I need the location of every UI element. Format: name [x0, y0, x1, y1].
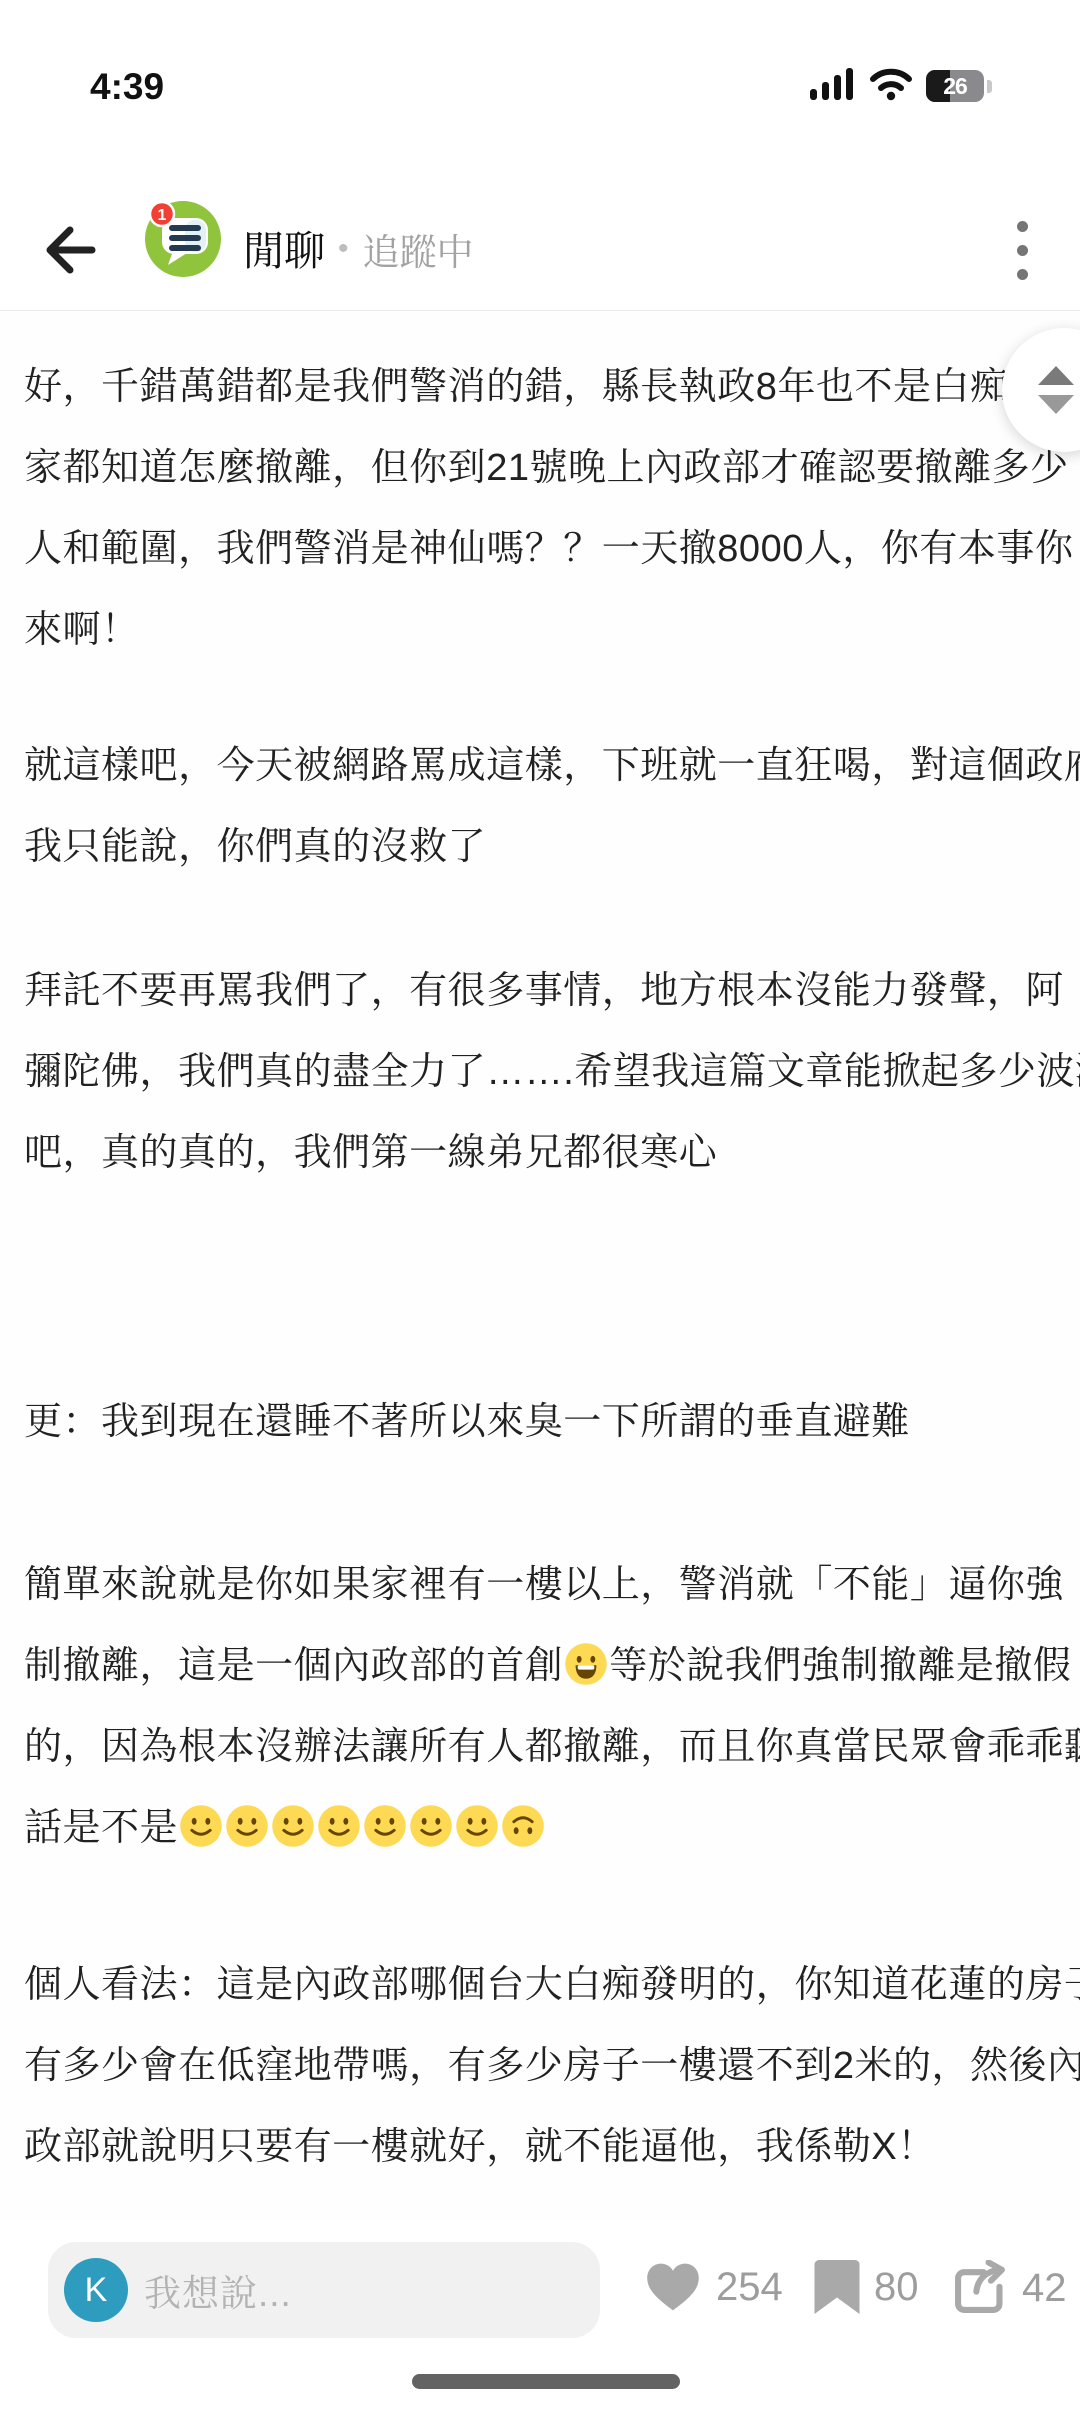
- battery-cap: [987, 80, 992, 93]
- post-paragraph: 簡單來說就是你如果家裡有一樓以上，警消就「不能」逼你強制撤離，這是一個內政部的首…: [24, 1545, 1060, 1869]
- post-line: 來啊！: [24, 590, 1060, 671]
- follow-status-label: 追蹤中: [363, 222, 474, 276]
- post-paragraph: 就這樣吧，今天被網路罵成這樣，下班就一直狂喝，對這個政府我只能說，你們真的沒救了: [24, 726, 1060, 888]
- more-options-button[interactable]: [1000, 214, 1044, 286]
- status-icons: 26: [810, 66, 992, 106]
- kebab-dot: [1017, 245, 1028, 256]
- like-button[interactable]: 254: [644, 2260, 783, 2314]
- badge-count: 1: [158, 207, 167, 224]
- bookmark-icon: [814, 2260, 860, 2314]
- battery-icon: 26: [926, 70, 984, 102]
- post-line: 政部就說明只要有一樓就好，就不能逼他，我係勒X！: [24, 2107, 1060, 2188]
- emoji-slight-smile-icon: [409, 1796, 453, 1840]
- bookmark-count: 80: [874, 2265, 919, 2310]
- post-line: 更：我到現在還睡不著所以來臭一下所謂的垂直避難: [24, 1382, 1060, 1463]
- battery-percent: 26: [926, 70, 984, 102]
- emoji-slight-smile-icon: [179, 1796, 223, 1840]
- post-paragraph: 更：我到現在還睡不著所以來臭一下所謂的垂直避難: [24, 1382, 1060, 1463]
- bookmark-button[interactable]: 80: [814, 2260, 919, 2314]
- status-time: 4:39: [90, 66, 164, 108]
- back-button[interactable]: [40, 222, 100, 278]
- post-line: 有多少會在低窪地帶嗎，有多少房子一樓還不到2米的，然後內: [24, 2026, 1060, 2107]
- share-button[interactable]: 42: [952, 2260, 1067, 2316]
- post-line: 拜託不要再罵我們了，有很多事情，地方根本沒能力發聲，阿: [24, 951, 1060, 1032]
- post-paragraph: 好，千錯萬錯都是我們警消的錯，縣長執政8年也不是白痴，大家都知道怎麼撤離，但你到…: [24, 347, 1060, 671]
- emoji-slight-smile-icon: [363, 1796, 407, 1840]
- post-line: 簡單來說就是你如果家裡有一樓以上，警消就「不能」逼你強: [24, 1545, 1060, 1626]
- scroll-down-icon[interactable]: [1038, 395, 1074, 414]
- post-body: 好，千錯萬錯都是我們警消的錯，縣長執政8年也不是白痴，大家都知道怎麼撤離，但你到…: [0, 311, 1080, 2188]
- home-indicator[interactable]: [412, 2374, 680, 2389]
- post-line: 吧，真的真的，我們第一線弟兄都很寒心: [24, 1113, 1060, 1194]
- signal-icon: [810, 67, 856, 106]
- share-icon: [952, 2260, 1008, 2316]
- post-line: 制撤離，這是一個內政部的首創等於說我們強制撤離是撤假: [24, 1626, 1060, 1707]
- emoji-upside-down-face-icon: [501, 1796, 545, 1840]
- post-line: 彌陀佛，我們真的盡全力了…….希望我這篇文章能掀起多少波瀾: [24, 1032, 1060, 1113]
- emoji-grinning-face-icon: [564, 1634, 608, 1678]
- post-line: 家都知道怎麼撤離，但你到21號晚上內政部才確認要撤離多少: [24, 428, 1060, 509]
- emoji-slight-smile-icon: [225, 1796, 269, 1840]
- post-line: 人和範圍，我們警消是神仙嗎？？一天撤8000人，你有本事你: [24, 509, 1060, 590]
- comment-input[interactable]: K 我想說...: [48, 2242, 600, 2338]
- post-header: 1 閒聊 • 追蹤中: [0, 186, 1080, 311]
- post-line: 就這樣吧，今天被網路罵成這樣，下班就一直狂喝，對這個政府: [24, 726, 1060, 807]
- emoji-slight-smile-icon: [455, 1796, 499, 1840]
- avatar: K: [64, 2258, 128, 2322]
- wifi-icon: [869, 67, 913, 106]
- heart-icon: [644, 2260, 702, 2314]
- follow-status[interactable]: • 追蹤中: [338, 222, 474, 276]
- scroll-up-icon[interactable]: [1038, 366, 1074, 385]
- separator-dot: •: [338, 232, 349, 266]
- share-count: 42: [1022, 2266, 1067, 2311]
- post-line: 話是不是: [24, 1788, 1060, 1869]
- post-line: 個人看法：這是內政部哪個台大白痴發明的，你知道花蓮的房子: [24, 1945, 1060, 2026]
- kebab-dot: [1017, 221, 1028, 232]
- post-paragraph: 個人看法：這是內政部哪個台大白痴發明的，你知道花蓮的房子有多少會在低窪地帶嗎，有…: [24, 1945, 1060, 2188]
- comment-placeholder: 我想說...: [144, 2242, 292, 2338]
- like-count: 254: [716, 2265, 783, 2310]
- kebab-dot: [1017, 269, 1028, 280]
- post-content-area[interactable]: 好，千錯萬錯都是我們警消的錯，縣長執政8年也不是白痴，大家都知道怎麼撤離，但你到…: [0, 311, 1080, 2230]
- emoji-slight-smile-icon: [317, 1796, 361, 1840]
- post-paragraph: 拜託不要再罵我們了，有很多事情，地方根本沒能力發聲，阿彌陀佛，我們真的盡全力了……: [24, 951, 1060, 1194]
- post-line: 我只能說，你們真的沒救了: [24, 807, 1060, 888]
- post-line: 的，因為根本沒辦法讓所有人都撤離，而且你真當民眾會乖乖聽: [24, 1707, 1060, 1788]
- board-chat-icon[interactable]: 1: [143, 199, 223, 279]
- emoji-slight-smile-icon: [271, 1796, 315, 1840]
- board-title[interactable]: 閒聊: [243, 218, 325, 277]
- post-line: 好，千錯萬錯都是我們警消的錯，縣長執政8年也不是白痴，大: [24, 347, 1060, 428]
